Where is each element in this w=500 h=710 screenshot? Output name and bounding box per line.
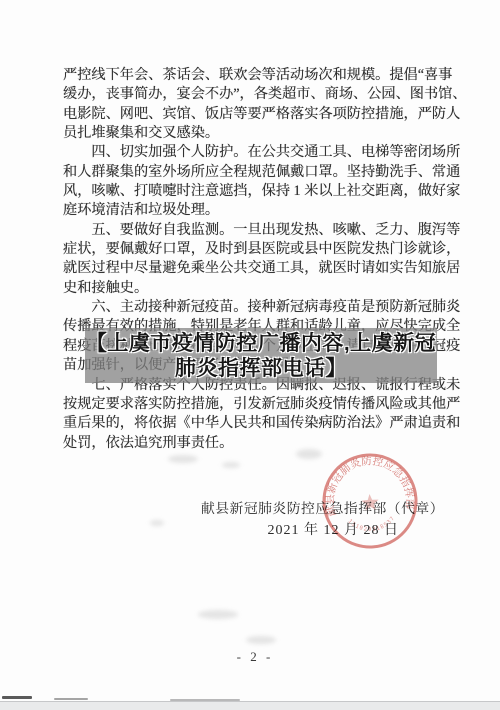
scan-bottom-edge (0, 701, 500, 710)
scan-edge-mark (2, 696, 32, 699)
doc-text-line: 五、要做好自我监测。一旦出现发热、咳嗽、乏力、腹泻等 (63, 221, 451, 240)
scan-smudge (168, 455, 198, 463)
scan-edge-mark (170, 699, 240, 701)
document-body: 严控线下年会、茶话会、联欢会等活动场次和规模。提倡“喜事 缓办，丧事简办，宴会不… (63, 66, 451, 453)
doc-text-line: 风，咳嗽、打喷嚏时注意遮挡，保持 1 米以上社交距离，做好家 (63, 182, 451, 201)
doc-text-line: 和人群聚集的室外场所应全程规范佩戴口罩。坚持勤洗手、常通 (63, 163, 451, 182)
doc-text-line: 六、主动接种新冠疫苗。接种新冠病毒疫苗是预防新冠肺炎 (63, 298, 451, 317)
doc-text-line: 庭环境清洁和垃圾处理。 (63, 201, 451, 220)
scan-edge-mark (54, 698, 88, 700)
scan-smudge (198, 610, 238, 619)
scan-smudge (150, 520, 164, 526)
doc-text-line: 重后果的，将依据《中华人民共和国传染病防治法》严肃追责和 (63, 414, 451, 433)
doc-text-line: 员扎堆聚集和交叉感染。 (63, 124, 451, 143)
doc-text-line: 缓办，丧事简办，宴会不办”，各类超市、商场、公园、图书馆、 (63, 85, 451, 104)
doc-text-line: 严控线下年会、茶话会、联欢会等活动场次和规模。提倡“喜事 (63, 66, 451, 85)
scanned-document-page: { "document": { "body_lines": [ "严控线下年会、… (0, 0, 500, 710)
doc-text-line: 四、切实加强个人防护。在公共交通工具、电梯等密闭场所 (63, 143, 451, 162)
doc-text-line: 就医过程中尽量避免乘坐公共交通工具，就医时请如实告知旅居 (63, 259, 451, 278)
doc-text-line: 电影院、网吧、宾馆、饭店等要严格落实各项防控措施，严防人 (63, 105, 451, 124)
official-seal-stamp: 献县新冠肺炎防控应急指挥部 1310293185375 (311, 442, 428, 559)
doc-text-line: 史和接触史。 (63, 279, 451, 298)
doc-text-line: 按规定要求落实防控措施，引发新冠肺炎疫情传播风险或其他严 (63, 395, 451, 414)
seal-star-icon (361, 493, 379, 510)
caption-overlay-banner: 【上虞市疫情防控广播内容,上虞新冠 肺炎指挥部电话】 (85, 328, 437, 383)
scan-smudge (246, 636, 276, 644)
doc-text-line: 症状，要佩戴好口罩，及时到县医院或县中医院发热门诊就诊， (63, 240, 451, 259)
page-number: - 2 - (0, 649, 500, 665)
banner-text-line1: 【上虞市疫情防控广播内容,上虞新冠 (86, 331, 436, 356)
banner-text-line2: 肺炎指挥部电话】 (175, 356, 347, 381)
scan-smudge (222, 462, 240, 468)
